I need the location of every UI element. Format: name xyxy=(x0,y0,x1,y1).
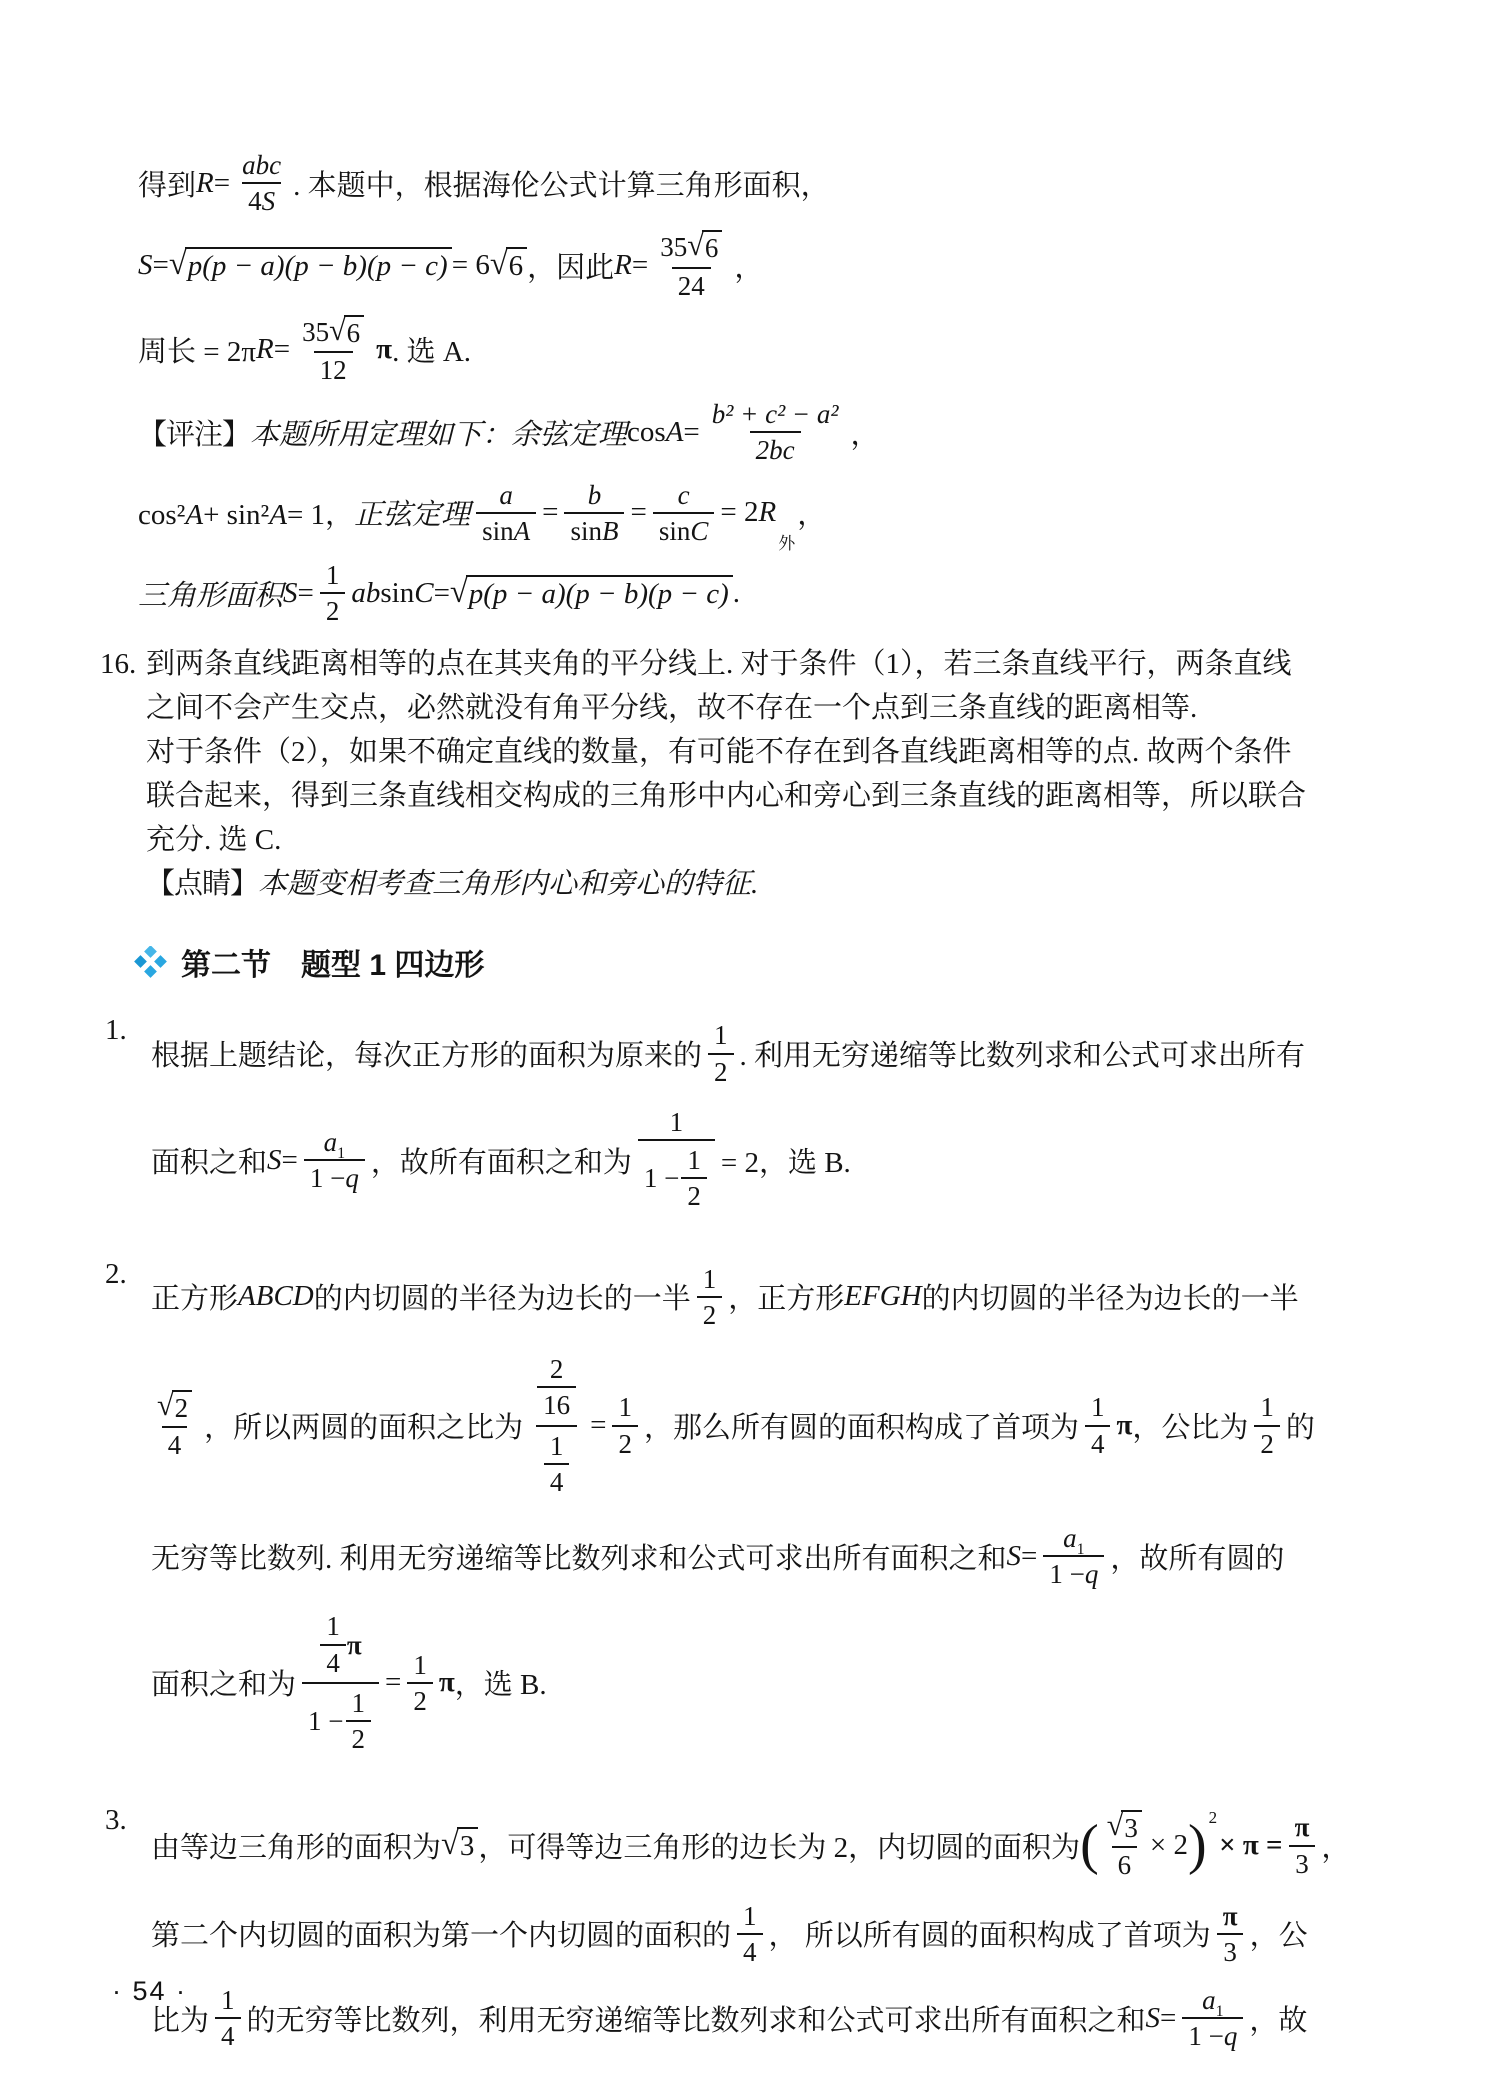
text-line: 充分. 选 C. xyxy=(146,818,1398,862)
fraction-denominator: 2bc xyxy=(750,431,801,467)
radical: √3 xyxy=(441,1827,478,1863)
math-var: A xyxy=(514,516,531,546)
fraction-numerator: 2 xyxy=(544,1352,570,1386)
fraction: a sinA xyxy=(476,478,536,548)
fraction-numerator: √2 xyxy=(151,1388,198,1426)
fraction-denominator: 6 xyxy=(1112,1846,1138,1882)
fraction-numerator: 1 xyxy=(737,1899,763,1933)
fraction-denominator: 4 xyxy=(544,1463,570,1499)
radicand: 6 xyxy=(344,315,365,349)
tip-line: 【点睛】本题变相考查三角形内心和旁心的特征. xyxy=(146,862,1398,906)
fraction-nested: 2 16 1 4 xyxy=(529,1350,584,1501)
fraction-numerator: 35 √6 xyxy=(296,313,370,351)
text-run: 的 xyxy=(1286,1405,1315,1446)
remark-text: 正弦定理 xyxy=(354,492,470,533)
solution-15-block: 得到 R = abc 4S . 本题中，根据海伦公式计算三角形面积， S = √… xyxy=(138,148,1398,628)
fraction-denominator: 24 xyxy=(672,267,711,303)
fraction-numerator: 1 xyxy=(664,1105,690,1139)
fraction-denominator: 2 xyxy=(407,1682,433,1718)
radical: √ p(p − a)(p − b)(p − c) xyxy=(169,247,452,283)
fraction: 2 16 xyxy=(537,1352,576,1422)
fraction-denominator: 4 xyxy=(1085,1425,1111,1461)
fraction-denominator: 2 xyxy=(346,1720,372,1756)
text-run: ， xyxy=(1321,1825,1350,1866)
math-fn: cos xyxy=(627,416,666,449)
text-run: 得到 xyxy=(138,163,196,204)
fraction: 1 2 xyxy=(612,1390,638,1460)
fraction: a1 1 − q xyxy=(1182,1983,1243,2053)
math-op: = xyxy=(282,1144,298,1177)
formula-line: 正方形 ABCD 的内切圆的半径为边长的一半 1 2 ，正方形 EFGH 的内切… xyxy=(151,1262,1398,1332)
remark-text: 三角形面积 xyxy=(138,573,283,614)
tip-label: 【点睛】 xyxy=(146,868,258,900)
fraction: 1 2 xyxy=(1254,1390,1280,1460)
fraction: a1 1 − q xyxy=(304,1125,365,1195)
fraction-denominator: 2 xyxy=(681,1177,707,1213)
fraction-numerator: 1 xyxy=(320,1609,346,1643)
problem-number: 3. xyxy=(105,1798,151,2063)
text-run: 根据上题结论，每次正方形的面积为原来的 xyxy=(151,1033,702,1074)
fraction-numerator: 1 xyxy=(544,1429,570,1463)
math-group: absinC xyxy=(351,577,433,610)
problem-number: 2. xyxy=(105,1252,151,1769)
fraction-numerator: 1 xyxy=(708,1018,734,1052)
fraction: 1 4 xyxy=(1085,1390,1111,1460)
pi-symbol: π xyxy=(1116,1409,1132,1442)
fraction: 1 2 xyxy=(407,1648,433,1718)
fraction-denominator: sinC xyxy=(653,512,715,548)
text-line: 到两条直线距离相等的点在其夹角的平分线上. 对于条件（1），若三条直线平行，两条… xyxy=(146,642,1398,686)
fraction-numerator: 1 xyxy=(697,1262,723,1296)
fraction-numerator: 1 xyxy=(320,558,346,592)
fraction-numerator: c xyxy=(672,478,696,512)
math-fn: sin xyxy=(659,516,691,546)
fraction-numerator: 2 16 xyxy=(529,1350,584,1424)
math-var: a xyxy=(1063,1523,1077,1553)
fraction-numerator: 1 xyxy=(407,1648,433,1682)
text-run: . 选 A. xyxy=(392,329,471,370)
problem-number: 16. xyxy=(100,642,146,906)
fraction-numerator: a1 xyxy=(1196,1983,1230,2017)
math-fn: cos² xyxy=(138,499,185,532)
math-op: = xyxy=(630,496,646,529)
pi-symbol: π xyxy=(347,1630,362,1660)
math-var: R xyxy=(196,167,214,200)
math-var: A xyxy=(269,499,287,532)
fraction-numerator: b xyxy=(582,478,608,512)
radical: √ p(p − a)(p − b)(p − c) xyxy=(450,575,733,611)
fraction: π 3 xyxy=(1289,1810,1316,1880)
fraction: 35 √6 24 xyxy=(654,228,728,302)
math-var: ABCD xyxy=(238,1280,314,1313)
fraction-denominator: 4 xyxy=(215,2017,241,2053)
fraction-numerator: 1 xyxy=(612,1390,638,1424)
fraction-denominator: sinB xyxy=(564,512,624,548)
problem-number: 1. xyxy=(105,1008,151,1225)
math-op: × 2 xyxy=(1150,1829,1188,1862)
math-num: 35 xyxy=(302,317,329,347)
math-op: 1 − xyxy=(308,1706,343,1736)
formula-line: 比为 1 4 的无穷等比数列，利用无穷递缩等比数列求和公式可求出所有面积之和 S… xyxy=(151,1983,1398,2053)
text-run: ，选 B. xyxy=(455,1662,547,1703)
math-var: R xyxy=(256,333,274,366)
problem-2: 2. 正方形 ABCD 的内切圆的半径为边长的一半 1 2 ，正方形 EFGH … xyxy=(105,1252,1398,1769)
radicand: 6 xyxy=(506,247,528,283)
math-subscript: 1 xyxy=(1077,1541,1085,1559)
text-run: ， xyxy=(797,492,826,533)
fraction-denominator: 2 xyxy=(612,1425,638,1461)
fraction-denominator: 16 xyxy=(537,1386,576,1422)
fraction-numerator: 35 √6 xyxy=(654,228,728,266)
text-line: 之间不会产生交点，必然就没有角平分线，故不存在一个点到三条直线的距离相等. xyxy=(146,686,1398,730)
fraction-denominator: 12 xyxy=(314,351,353,387)
fraction-denominator: 3 xyxy=(1289,1845,1315,1881)
formula-line: S = √ p(p − a)(p − b)(p − c) = 6 √ 6 ，因此… xyxy=(138,228,1398,302)
math-var: a xyxy=(324,1127,338,1157)
fraction: 1 2 xyxy=(346,1686,372,1756)
fraction-numerator: π xyxy=(1217,1899,1244,1933)
text-run: ，那么所有圆的面积构成了首项为 xyxy=(644,1405,1079,1446)
fraction-denominator: 1 − 1 2 xyxy=(638,1139,715,1215)
fraction-numerator: π xyxy=(1289,1810,1316,1844)
math-op: = xyxy=(683,416,699,449)
text-run: ，正方形 xyxy=(728,1276,844,1317)
fraction: 35 √6 12 xyxy=(296,313,370,387)
radicand: 2 xyxy=(172,1390,193,1424)
math-var: C xyxy=(690,516,708,546)
math-op: = xyxy=(1160,2002,1176,2035)
fraction-denominator: 1 − q xyxy=(1182,2017,1243,2053)
fraction-numerator: 1 xyxy=(1085,1390,1111,1424)
fraction: 1 2 xyxy=(681,1143,707,1213)
formula-line: 无穷等比数列. 利用无穷递缩等比数列求和公式可求出所有面积之和 S = a1 1… xyxy=(151,1521,1398,1591)
fraction: 1 2 xyxy=(320,558,346,628)
fraction-numerator: b² + c² − a² xyxy=(706,397,845,431)
math-superscript: 2 xyxy=(1209,1808,1218,1828)
fraction-nested: 1 4 π 1 − 1 2 xyxy=(302,1607,379,1758)
radicand: 3 xyxy=(1121,1810,1142,1844)
fraction-denominator: 3 xyxy=(1217,1933,1243,1969)
math-var: q xyxy=(345,1163,359,1193)
text-run: 无穷等比数列. 利用无穷递缩等比数列求和公式可求出所有面积之和 xyxy=(151,1536,1007,1577)
math-subscript: 1 xyxy=(337,1145,345,1163)
fraction-numerator: a1 xyxy=(1057,1521,1091,1555)
text-run: ，故 xyxy=(1249,1998,1307,2039)
fraction-numerator: 1 xyxy=(346,1686,372,1720)
fraction-denominator: 4 xyxy=(162,1426,188,1462)
text-run: 的内切圆的半径为边长的一半 xyxy=(922,1276,1299,1317)
fraction-numerator: 1 4 π xyxy=(313,1607,367,1681)
fraction-denominator: 1 − q xyxy=(304,1159,365,1195)
fraction-denominator: sinA xyxy=(476,512,536,548)
text-run: . 本题中，根据海伦公式计算三角形面积， xyxy=(293,163,830,204)
math-var: C xyxy=(414,577,433,610)
math-num: 4 xyxy=(248,186,262,216)
fraction-denominator: 2 xyxy=(697,1296,723,1332)
formula-line: 由等边三角形的面积为 √3 ，可得等边三角形的边长为 2，内切圆的面积为 ( √… xyxy=(151,1808,1398,1882)
formula-line: 面积之和 S = a1 1 − q ，故所有面积之和为 1 1 − 1 2 = … xyxy=(151,1105,1398,1216)
radical: √6 xyxy=(329,315,364,349)
four-diamonds-icon xyxy=(133,946,167,978)
text-line: 对于条件（2），如果不确定直线的数量，有可能不存在到各直线距离相等的点. 故两个… xyxy=(146,730,1398,774)
fraction-nested: 1 1 − 1 2 xyxy=(638,1105,715,1216)
math-var: S xyxy=(1146,2002,1161,2035)
math-var: A xyxy=(185,499,203,532)
pi-symbol: π xyxy=(376,333,392,366)
math-var: A xyxy=(666,416,684,449)
page-number: · 54 · xyxy=(112,1976,187,2007)
text-run: ，因此 xyxy=(527,245,614,286)
fraction: abc 4S xyxy=(236,148,287,218)
math-op: = xyxy=(274,333,290,366)
radical: √6 xyxy=(687,230,722,264)
math-op: 1 − xyxy=(1188,2021,1223,2051)
math-subscript: 外 xyxy=(778,529,795,554)
fraction-numerator: a1 xyxy=(318,1125,352,1159)
fraction-denominator: 2 xyxy=(320,592,346,628)
text-run: 正方形 xyxy=(151,1276,238,1317)
text-run: ，故所有圆的 xyxy=(1110,1536,1284,1577)
fraction-denominator: 1 4 xyxy=(536,1425,578,1501)
fraction-denominator: 4 xyxy=(737,1933,763,1969)
math-op: = xyxy=(214,167,230,200)
text-run: 的内切圆的半径为边长的一半 xyxy=(314,1276,691,1317)
radical: √ 6 xyxy=(490,247,527,283)
fraction: π 3 xyxy=(1217,1899,1244,1969)
text-run: = 2，选 B. xyxy=(721,1140,851,1181)
fraction-numerator: abc xyxy=(236,148,287,182)
fraction-denominator: 4S xyxy=(242,182,281,218)
fraction: 1 4 xyxy=(737,1899,763,1969)
text-run: ，公 xyxy=(1250,1913,1308,1954)
text-run: ，可得等边三角形的边长为 2，内切圆的面积为 xyxy=(478,1825,1080,1866)
formula-line: 第二个内切圆的面积为第一个内切圆的面积的 1 4 ， 所以所有圆的面积构成了首项… xyxy=(151,1899,1398,1969)
fraction: 1 4 xyxy=(320,1609,346,1679)
math-op: 1 − xyxy=(644,1163,679,1193)
math-var: S xyxy=(1007,1540,1022,1573)
formula-line: 得到 R = abc 4S . 本题中，根据海伦公式计算三角形面积， xyxy=(138,148,1398,218)
math-var: B xyxy=(602,516,619,546)
text-run: ， xyxy=(851,412,880,453)
fraction: 1 2 xyxy=(708,1018,734,1088)
fraction-denominator: 1 − q xyxy=(1043,1555,1104,1591)
text-run: ， 所以所有圆的面积构成了首项为 xyxy=(769,1913,1211,1954)
fraction: √3 6 xyxy=(1101,1808,1148,1882)
math-subscript: 1 xyxy=(1216,2003,1224,2021)
section-header: 第二节 题型 1 四边形 xyxy=(133,940,1398,984)
fraction: 1 2 xyxy=(697,1262,723,1332)
radical: √3 xyxy=(1107,1810,1142,1844)
radicand: p(p − a)(p − b)(p − c) xyxy=(466,575,733,611)
radicand: 6 xyxy=(702,230,723,264)
text-run: 周长 = 2π xyxy=(138,329,256,370)
text-run: 由等边三角形的面积为 xyxy=(151,1825,441,1866)
text-line: 联合起来，得到三条直线相交构成的三角形中内心和旁心到三条直线的距离相等，所以联合 xyxy=(146,774,1398,818)
math-var: q xyxy=(1224,2021,1238,2051)
problem-content: 根据上题结论，每次正方形的面积为原来的 1 2 . 利用无穷递缩等比数列求和公式… xyxy=(151,1008,1398,1225)
math-group: cos²A + sin²A = 1， xyxy=(138,492,354,533)
text-run: 面积之和 xyxy=(151,1140,267,1181)
radicand: 3 xyxy=(457,1827,479,1863)
math-var: ab xyxy=(351,577,380,610)
math-op: = xyxy=(385,1666,401,1699)
left-paren: ( xyxy=(1080,1820,1099,1870)
formula-line: cos²A + sin²A = 1， 正弦定理 a sinA = b sinB … xyxy=(138,478,1398,548)
remark-text: 本题所用定理如下：余弦定理 xyxy=(250,412,627,453)
fraction-denominator: 4 xyxy=(320,1644,346,1680)
fraction-numerator: 1 xyxy=(215,1983,241,2017)
pi-symbol: π xyxy=(439,1666,455,1699)
text-run: . xyxy=(733,577,740,610)
problem-content: 到两条直线距离相等的点在其夹角的平分线上. 对于条件（1），若三条直线平行，两条… xyxy=(146,642,1398,906)
formula-line: 根据上题结论，每次正方形的面积为原来的 1 2 . 利用无穷递缩等比数列求和公式… xyxy=(151,1018,1398,1088)
math-op: 1 − xyxy=(310,1163,345,1193)
radicand: p(p − a)(p − b)(p − c) xyxy=(185,247,452,283)
fraction: 1 4 xyxy=(544,1429,570,1499)
text-run: . 利用无穷递缩等比数列求和公式可求出所有 xyxy=(740,1033,1306,1074)
section-title: 第二节 题型 1 四边形 xyxy=(181,940,484,984)
fraction-denominator: 2 xyxy=(1254,1425,1280,1461)
fraction-numerator: 1 xyxy=(681,1143,707,1177)
math-op: = xyxy=(632,249,648,282)
fraction: b sinB xyxy=(564,478,624,548)
math-op: = xyxy=(590,1409,606,1442)
problem-16: 16. 到两条直线距离相等的点在其夹角的平分线上. 对于条件（1），若三条直线平… xyxy=(100,642,1398,906)
math-num: 35 xyxy=(660,232,687,262)
math-op: = xyxy=(434,577,450,610)
math-var: S xyxy=(283,577,298,610)
text-run: ，故所有面积之和为 xyxy=(371,1140,632,1181)
math-var: EFGH xyxy=(844,1280,921,1313)
fraction-numerator: a xyxy=(493,478,519,512)
fraction-numerator: 1 xyxy=(1254,1390,1280,1424)
formula-line: 面积之和为 1 4 π 1 − 1 2 = xyxy=(151,1607,1398,1758)
math-fn: sin xyxy=(570,516,602,546)
math-var: q xyxy=(1085,1559,1099,1589)
math-var: a xyxy=(1202,1985,1216,2015)
problem-content: 由等边三角形的面积为 √3 ，可得等边三角形的边长为 2，内切圆的面积为 ( √… xyxy=(151,1798,1398,2063)
math-var: S xyxy=(138,249,153,282)
remark-line: 【评注】 本题所用定理如下：余弦定理 cos A = b² + c² − a² … xyxy=(138,397,1398,467)
text-run: 面积之和为 xyxy=(151,1662,296,1703)
remark-label: 【评注】 xyxy=(138,412,250,453)
math-op: = xyxy=(542,496,558,529)
text-run: ，所以两圆的面积之比为 xyxy=(204,1405,523,1446)
fraction: a1 1 − q xyxy=(1043,1521,1104,1591)
math-op: = xyxy=(298,577,314,610)
formula-line: √2 4 ，所以两圆的面积之比为 2 16 1 4 = xyxy=(151,1350,1398,1501)
math-op: = xyxy=(153,249,169,282)
math-op: = 6 xyxy=(452,249,490,282)
problem-3: 3. 由等边三角形的面积为 √3 ，可得等边三角形的边长为 2，内切圆的面积为 … xyxy=(105,1798,1398,2063)
textbook-page: { "glyphs": { "radical": "√" }, "sol15":… xyxy=(0,0,1488,2095)
math-op: = 1， xyxy=(287,492,354,533)
formula-line: 周长 = 2π R = 35 √6 12 π . 选 A. xyxy=(138,313,1398,387)
problem-content: 正方形 ABCD 的内切圆的半径为边长的一半 1 2 ，正方形 EFGH 的内切… xyxy=(151,1252,1398,1769)
fraction: √2 4 xyxy=(151,1388,198,1462)
math-op: = xyxy=(1021,1540,1037,1573)
math-fn: + sin² xyxy=(203,499,269,532)
radical: √2 xyxy=(157,1390,192,1424)
text-run: ， xyxy=(734,245,763,286)
text-run: 的无穷等比数列，利用无穷递缩等比数列求和公式可求出所有面积之和 xyxy=(247,1998,1146,2039)
text-run: ，公比为 xyxy=(1132,1405,1248,1446)
fraction-denominator: 1 − 1 2 xyxy=(302,1682,379,1758)
math-fn: sin xyxy=(482,516,514,546)
text-run: 第二个内切圆的面积为第一个内切圆的面积的 xyxy=(151,1913,731,1954)
right-paren: ) xyxy=(1188,1820,1207,1870)
math-var: S xyxy=(267,1144,282,1177)
math-var: R xyxy=(758,496,776,529)
math-fn: sin xyxy=(380,577,414,610)
problem-1: 1. 根据上题结论，每次正方形的面积为原来的 1 2 . 利用无穷递缩等比数列求… xyxy=(105,1008,1398,1225)
fraction: c sinC xyxy=(653,478,715,548)
math-op: × π = xyxy=(1219,1829,1282,1862)
tip-text: 本题变相考查三角形内心和旁心的特征. xyxy=(258,868,758,900)
formula-line: 三角形面积 S = 1 2 absinC = √ p(p − a)(p − b)… xyxy=(138,558,1398,628)
fraction-numerator: √3 xyxy=(1101,1808,1148,1846)
math-var: R xyxy=(614,249,632,282)
math-op: 1 − xyxy=(1049,1559,1084,1589)
fraction: b² + c² − a² 2bc xyxy=(706,397,845,467)
fraction-denominator: 2 xyxy=(708,1053,734,1089)
fraction: 1 4 xyxy=(215,1983,241,2053)
math-var: S xyxy=(262,186,276,216)
math-op: = 2 xyxy=(720,496,758,529)
